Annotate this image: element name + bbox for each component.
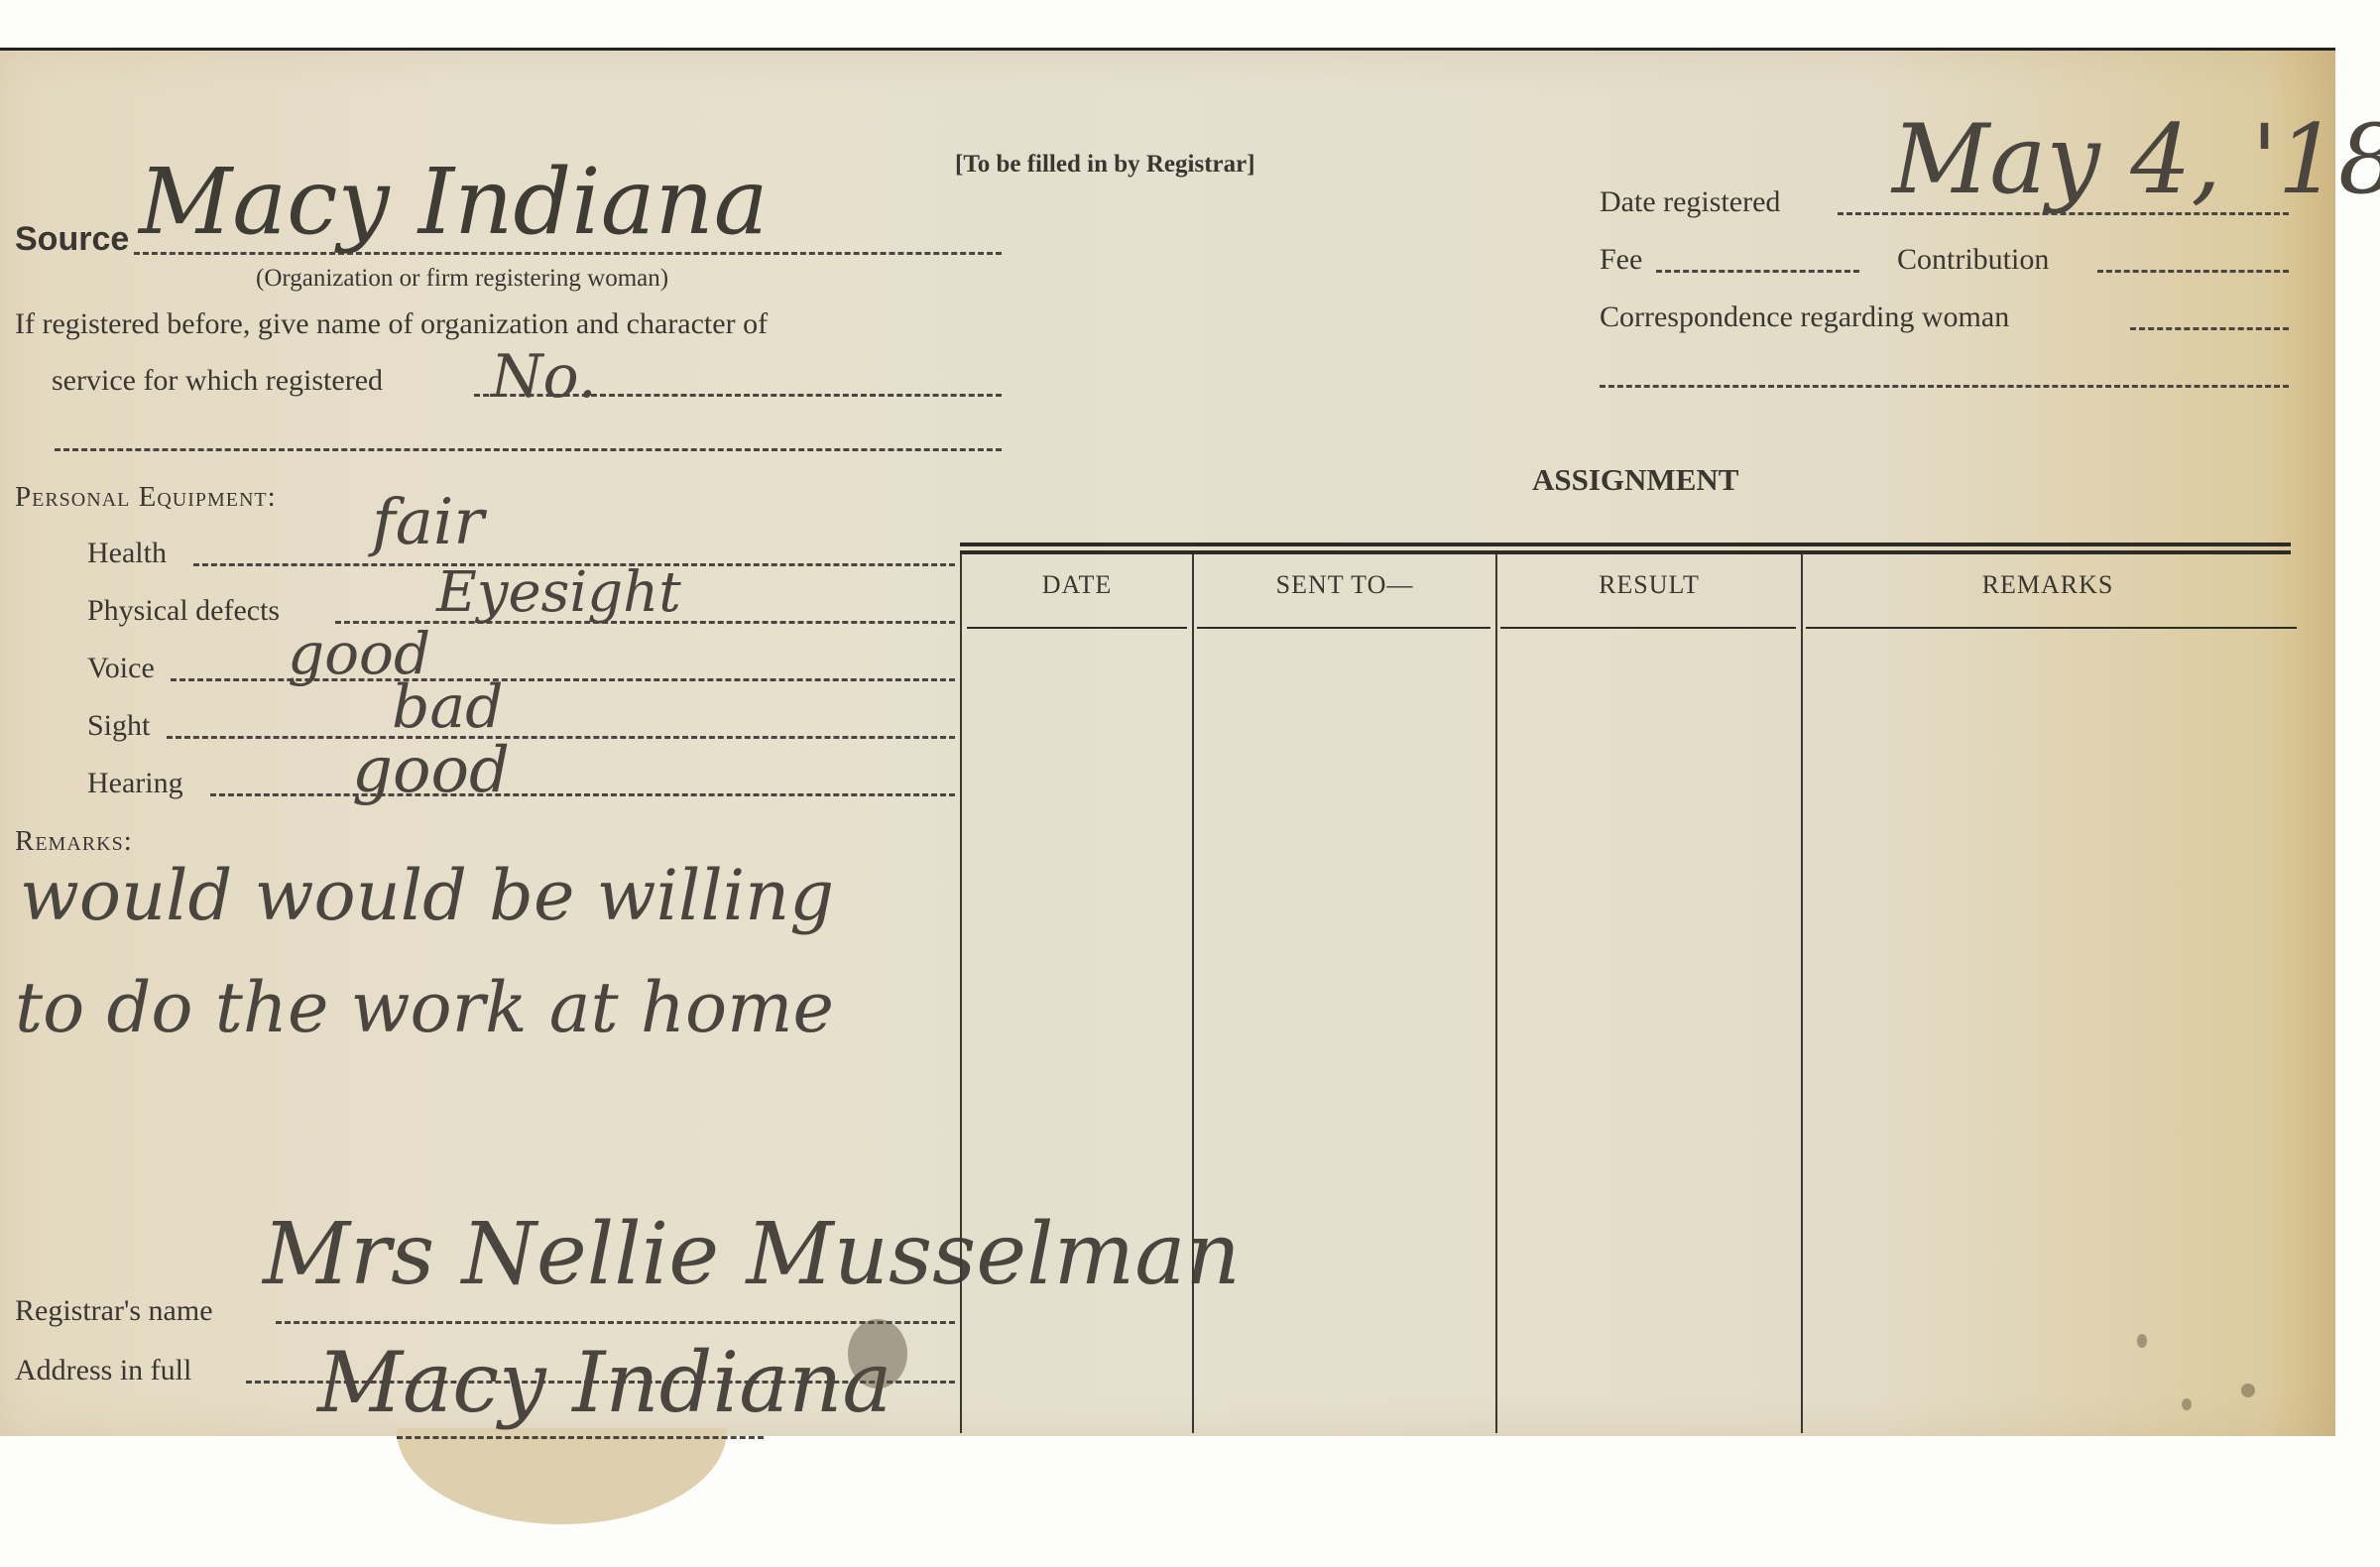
- source-caption: (Organization or firm registering woman): [256, 265, 668, 293]
- column-header-result: RESULT: [1497, 570, 1801, 600]
- assignment-title: ASSIGNMENT: [1532, 462, 1738, 498]
- registered-before-label-1: If registered before, give name of organ…: [15, 307, 768, 341]
- personal-equipment-heading: Personal Equipment:: [15, 481, 277, 514]
- physical-defects-value[interactable]: Eyesight: [436, 560, 681, 625]
- table-cell-result[interactable]: [1497, 631, 1801, 1430]
- hearing-label: Hearing: [87, 767, 183, 800]
- sight-label: Sight: [87, 709, 150, 743]
- fee-label: Fee: [1600, 243, 1642, 277]
- registrar-name-label: Registrar's name: [15, 1294, 213, 1328]
- card-index-tab: [397, 1428, 727, 1524]
- registrar-name-line: [276, 1321, 955, 1324]
- assignment-top-rule-1: [960, 542, 2291, 546]
- remarks-heading: Remarks:: [15, 825, 133, 858]
- table-cell-sent-to[interactable]: [1194, 631, 1495, 1430]
- remarks-line-1[interactable]: would would be willing: [20, 855, 834, 936]
- remarks-line-2[interactable]: to do the work at home: [15, 967, 834, 1048]
- address-continuation-line: [397, 1436, 764, 1439]
- correspondence-line: [2130, 327, 2289, 330]
- correspondence-label: Correspondence regarding woman: [1600, 301, 2009, 334]
- fee-line: [1656, 270, 1859, 273]
- column-header-sent-to: SENT TO—: [1194, 570, 1495, 600]
- address-value[interactable]: Macy Indiana: [317, 1334, 892, 1431]
- registered-before-value[interactable]: No.: [491, 342, 597, 412]
- registered-before-line-2: [55, 448, 1002, 451]
- stain-spot: [2137, 1334, 2147, 1348]
- assignment-top-rule-2: [960, 550, 2291, 554]
- voice-label: Voice: [87, 652, 155, 685]
- table-cell-date[interactable]: [962, 631, 1192, 1430]
- correspondence-line-2: [1600, 385, 2289, 388]
- sight-line: [167, 736, 955, 739]
- table-cell-remarks[interactable]: [1803, 631, 2293, 1430]
- stain-spot: [2241, 1384, 2255, 1397]
- source-label: Source: [15, 220, 129, 259]
- address-label: Address in full: [15, 1354, 191, 1387]
- physical-defects-label: Physical defects: [87, 594, 280, 628]
- header-underline-remarks: [1806, 627, 2297, 629]
- health-value[interactable]: fair: [372, 486, 484, 559]
- sight-value[interactable]: bad: [392, 672, 504, 742]
- registrar-note: [To be filled in by Registrar]: [955, 151, 1255, 179]
- hearing-line: [210, 793, 955, 796]
- header-underline-date: [967, 627, 1187, 629]
- stain-spot: [2182, 1398, 2192, 1410]
- hearing-value[interactable]: good: [352, 734, 510, 807]
- ink-stain: [848, 1319, 907, 1388]
- registered-before-label-2: service for which registered: [52, 364, 383, 398]
- date-registered-label: Date registered: [1600, 185, 1780, 219]
- column-header-remarks: REMARKS: [1803, 570, 2293, 600]
- health-label: Health: [87, 537, 167, 570]
- header-underline-result: [1500, 627, 1796, 629]
- contribution-label: Contribution: [1897, 243, 2049, 277]
- column-header-date: DATE: [962, 570, 1192, 600]
- date-registered-value[interactable]: May 4, '18: [1892, 104, 2380, 215]
- header-underline-sent-to: [1197, 627, 1490, 629]
- contribution-line: [2097, 270, 2289, 273]
- source-value[interactable]: Macy Indiana: [139, 149, 769, 255]
